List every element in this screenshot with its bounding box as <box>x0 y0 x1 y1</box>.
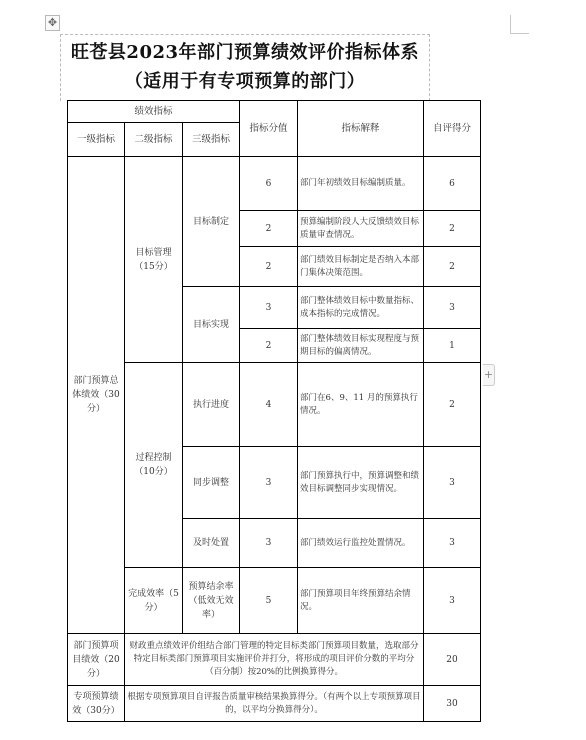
document-title: 旺苍县2023年部门预算绩效评价指标体系 <box>60 38 430 64</box>
table-row: 过程控制（10分） 执行进度 4 部门在6、9、11 月的预算执行情况。 2 <box>68 363 481 447</box>
level3-goal-setting: 目标制定 <box>183 157 240 287</box>
score-value: 3 <box>240 519 298 568</box>
level3-sync-adjustment: 同步调整 <box>183 447 240 519</box>
add-column-plus-icon[interactable]: + <box>483 364 495 386</box>
explanation: 部门整体绩效目标实现程度与预期目标的偏离情况。 <box>298 329 424 363</box>
self-score: 3 <box>424 287 481 329</box>
level2-goal-management: 目标管理（15分） <box>125 157 183 363</box>
level2-process-control: 过程控制（10分） <box>125 363 183 568</box>
header-performance-indicators: 绩效指标 <box>68 101 240 123</box>
header-level3: 三级指标 <box>183 123 240 157</box>
self-score: 20 <box>424 634 481 686</box>
header-level1: 一级指标 <box>68 123 125 157</box>
level3-execution-progress: 执行进度 <box>183 363 240 447</box>
header-score-value: 指标分值 <box>240 101 298 157</box>
score-value: 4 <box>240 363 298 447</box>
table-row: 完成效率（5分） 预算结余率（低效无效率） 5 部门预算项目年终预算结余情况。 … <box>68 568 481 634</box>
level2-completion-efficiency: 完成效率（5分） <box>125 568 183 634</box>
self-score: 3 <box>424 519 481 568</box>
level3-goal-achievement: 目标实现 <box>183 287 240 363</box>
self-score: 1 <box>424 329 481 363</box>
document-subtitle: （适用于有专项预算的部门） <box>60 67 430 93</box>
explanation: 部门整体绩效目标中数量指标、成本指标的完成情况。 <box>298 287 424 329</box>
self-score: 2 <box>424 211 481 247</box>
self-score: 30 <box>424 686 481 722</box>
level1-project-performance: 部门预算项目绩效（20分） <box>68 634 125 686</box>
score-value: 3 <box>240 287 298 329</box>
score-value: 5 <box>240 568 298 634</box>
page-corner-mark <box>510 15 529 34</box>
score-value: 2 <box>240 211 298 247</box>
project-performance-explanation: 财政重点绩效评价组结合部门管理的特定目标类部门预算项目数量，选取部分特定目标类部… <box>125 634 424 686</box>
score-value: 6 <box>240 157 298 211</box>
self-score: 2 <box>424 247 481 287</box>
score-value: 2 <box>240 329 298 363</box>
header-explanation: 指标解释 <box>298 101 424 157</box>
self-score: 3 <box>424 447 481 519</box>
self-score: 2 <box>424 363 481 447</box>
explanation: 部门在6、9、11 月的预算执行情况。 <box>298 363 424 447</box>
table-row: 专项预算绩效（30分） 根据专项预算项目自评报告质量审核结果换算得分。（有两个以… <box>68 686 481 722</box>
self-score: 3 <box>424 568 481 634</box>
table-row: 部门预算项目绩效（20分） 财政重点绩效评价组结合部门管理的特定目标类部门预算项… <box>68 634 481 686</box>
table-move-handle-icon[interactable]: ✥ <box>45 15 60 31</box>
level1-special-performance: 专项预算绩效（30分） <box>68 686 125 722</box>
special-performance-explanation: 根据专项预算项目自评报告质量审核结果换算得分。（有两个以上专项预算项目的，以平均… <box>125 686 424 722</box>
header-level2: 二级指标 <box>125 123 183 157</box>
explanation: 预算编制阶段人大反馈绩效目标质量审查情况。 <box>298 211 424 247</box>
score-value: 3 <box>240 447 298 519</box>
header-self-score: 自评得分 <box>424 101 481 157</box>
table-row: 部门预算总体绩效（30分） 目标管理（15分） 目标制定 6 部门年初绩效目标编… <box>68 157 481 211</box>
level3-timely-handling: 及时处置 <box>183 519 240 568</box>
explanation: 部门预算执行中，预算调整和绩效目标调整同步实现情况。 <box>298 447 424 519</box>
level3-budget-balance-rate: 预算结余率（低效无效率） <box>183 568 240 634</box>
level1-dept-overall: 部门预算总体绩效（30分） <box>68 157 125 634</box>
explanation: 部门年初绩效目标编制质量。 <box>298 157 424 211</box>
explanation: 部门绩效运行监控处置情况。 <box>298 519 424 568</box>
self-score: 6 <box>424 157 481 211</box>
score-value: 2 <box>240 247 298 287</box>
explanation: 部门预算项目年终预算结余情况。 <box>298 568 424 634</box>
indicator-table: 绩效指标 指标分值 指标解释 自评得分 一级指标 二级指标 三级指标 部门预算总… <box>67 100 481 722</box>
explanation: 部门绩效目标制定是否纳入本部门集体决策范围。 <box>298 247 424 287</box>
